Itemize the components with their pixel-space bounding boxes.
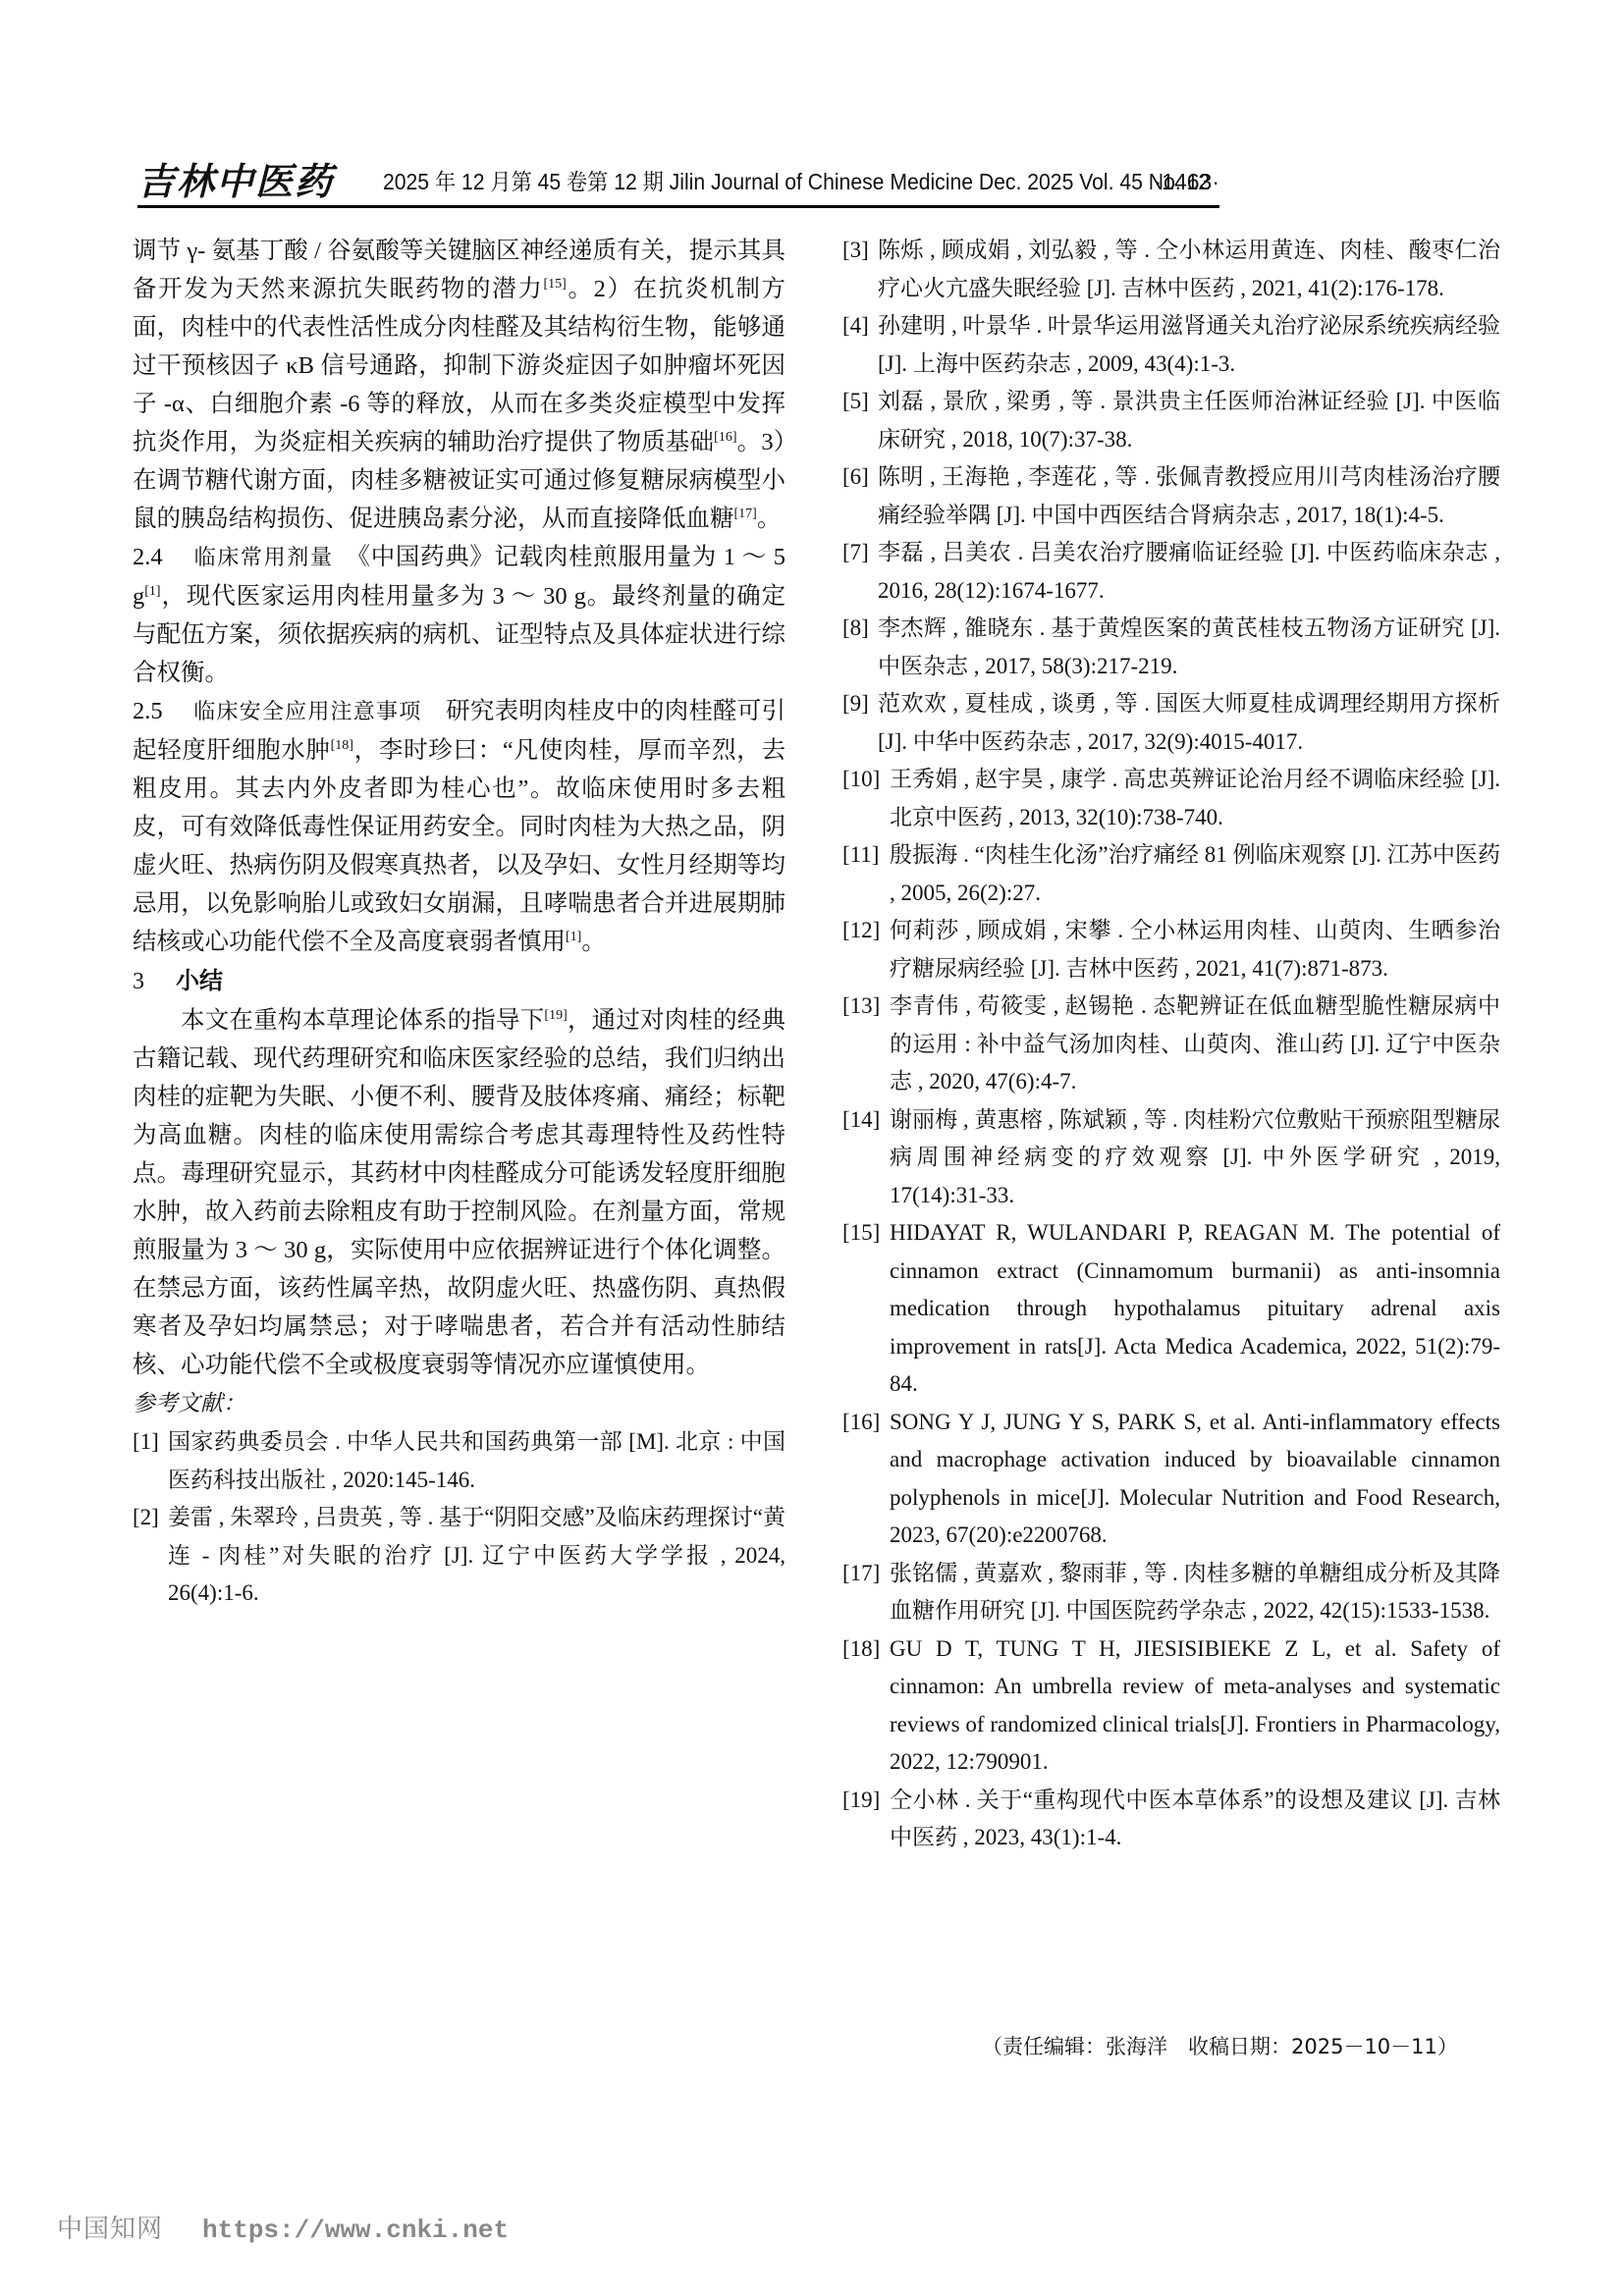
reference-item: [1]国家药典委员会 . 中华人民共和国药典第一部 [M]. 北京 : 中国医药… (133, 1423, 785, 1499)
section-title: 小结 (176, 967, 223, 994)
citation[interactable]: [16] (714, 430, 736, 445)
section-3-heading: 3小结 (133, 961, 785, 1001)
citation[interactable]: [19] (544, 1008, 567, 1023)
reference-number: [12] (842, 912, 880, 950)
reference-item: [4]孙建明 , 叶景华 . 叶景华运用滋肾通关丸治疗泌尿系统疾病经验 [J].… (842, 307, 1500, 383)
editor-note: （责任编辑：张海洋 收稿日期：2025－10－11） (982, 2032, 1458, 2061)
reference-list-right: [3]陈烁 , 顾成娟 , 刘弘毅 , 等 . 仝小林运用黄连、肉桂、酸枣仁治疗… (842, 232, 1500, 1857)
section-2-5: 2.5临床安全应用注意事项 研究表明肉桂皮中的肉桂醛可引起轻度肝细胞水肿[18]… (133, 692, 785, 961)
citation[interactable]: [18] (331, 738, 353, 753)
reference-number: [5] (842, 383, 869, 421)
reference-number: [15] (842, 1214, 880, 1253)
paragraph-pharmacology: 调节 γ- 氨基丁酸 / 谷氨酸等关键脑区神经递质有关，提示其具备开发为天然来源… (133, 232, 785, 538)
reference-item: [17]张铭儒 , 黄嘉欢 , 黎雨菲 , 等 . 肉桂多糖的单糖组成分析及其降… (842, 1555, 1500, 1630)
reference-item: [15]HIDAYAT R, WULANDARI P, REAGAN M. Th… (842, 1214, 1500, 1404)
reference-number: [13] (842, 988, 880, 1026)
reference-number: [7] (842, 534, 869, 572)
reference-list-left: [1]国家药典委员会 . 中华人民共和国药典第一部 [M]. 北京 : 中国医药… (133, 1423, 785, 1613)
reference-number: [3] (842, 232, 869, 270)
reference-item: [6]陈明 , 王海艳 , 李莲花 , 等 . 张佩青教授应用川芎肉桂汤治疗腰痛… (842, 458, 1500, 534)
reference-number: [2] (133, 1499, 159, 1537)
reference-item: [18]GU D T, TUNG T H, JIESISIBIEKE Z L, … (842, 1630, 1500, 1782)
reference-item: [12]何莉莎 , 顾成娟 , 宋攀 . 仝小林运用肉桂、山萸肉、生晒参治疗糖尿… (842, 912, 1500, 988)
section-number: 2.4 (133, 538, 193, 576)
reference-number: [19] (842, 1782, 880, 1820)
reference-item: [10]王秀娟 , 赵宇昊 , 康学 . 高忠英辨证论治月经不调临床经验 [J]… (842, 761, 1500, 836)
reference-number: [10] (842, 761, 880, 799)
cnki-watermark: 中国知网https://www.cnki.net (57, 2209, 509, 2245)
reference-number: [14] (842, 1101, 880, 1140)
reference-number: [16] (842, 1404, 880, 1442)
citation[interactable]: [1] (566, 930, 581, 944)
summary-paragraph: 本文在重构本草理论体系的指导下[19]，通过对肉桂的经典古籍记载、现代药理研究和… (133, 1001, 785, 1384)
reference-number: [6] (842, 458, 869, 497)
reference-item: [7]李磊 , 吕美农 . 吕美农治疗腰痛临证经验 [J]. 中医药临床杂志 ,… (842, 534, 1500, 610)
reference-item: [16]SONG Y J, JUNG Y S, PARK S, et al. A… (842, 1404, 1500, 1555)
header-rule (137, 205, 1219, 208)
section-number: 3 (133, 962, 176, 1001)
watermark-url[interactable]: https://www.cnki.net (202, 2216, 509, 2245)
citation[interactable]: [15] (544, 277, 567, 292)
watermark-name: 中国知网 (57, 2215, 163, 2244)
reference-item: [19]仝小林 . 关于“重构现代中医本草体系”的设想及建议 [J]. 吉林中医… (842, 1782, 1500, 1857)
citation[interactable]: [1] (144, 584, 160, 599)
reference-item: [3]陈烁 , 顾成娟 , 刘弘毅 , 等 . 仝小林运用黄连、肉桂、酸枣仁治疗… (842, 232, 1500, 307)
reference-number: [18] (842, 1630, 880, 1669)
reference-item: [5]刘磊 , 景欣 , 梁勇 , 等 . 景洪贵主任医师治淋证经验 [J]. … (842, 383, 1500, 458)
reference-number: [17] (842, 1555, 880, 1593)
running-header: 吉林中医药 2025 年 12 月第 45 卷第 12 期 Jilin Jour… (137, 157, 1219, 206)
reference-item: [13]李青伟 , 苟筱雯 , 赵锡艳 . 态靶辨证在低血糖型脆性糖尿病中的运用… (842, 988, 1500, 1101)
section-number: 2.5 (133, 692, 193, 730)
reference-number: [11] (842, 836, 879, 875)
reference-number: [9] (842, 685, 869, 723)
right-column: [3]陈烁 , 顾成娟 , 刘弘毅 , 等 . 仝小林运用黄连、肉桂、酸枣仁治疗… (842, 232, 1500, 1857)
reference-item: [9]范欢欢 , 夏桂成 , 谈勇 , 等 . 国医大师夏桂成调理经期用方探析 … (842, 685, 1500, 761)
reference-number: [4] (842, 307, 869, 346)
left-column: 调节 γ- 氨基丁酸 / 谷氨酸等关键脑区神经递质有关，提示其具备开发为天然来源… (133, 232, 785, 1613)
section-title: 临床常用剂量 (193, 546, 334, 570)
page-number: ·1463· (1155, 165, 1219, 198)
reference-item: [2]姜雷 , 朱翠玲 , 吕贵英 , 等 . 基于“阴阳交感”及临床药理探讨“… (133, 1499, 785, 1613)
reference-item: [11]殷振海 . “肉桂生化汤”治疗痛经 81 例临床观察 [J]. 江苏中医… (842, 836, 1500, 912)
citation[interactable]: [17] (734, 507, 757, 521)
reference-number: [8] (842, 610, 869, 648)
issue-line: 2025 年 12 月第 45 卷第 12 期 Jilin Journal of… (383, 165, 1210, 198)
references-heading: 参考文献： (133, 1384, 785, 1423)
reference-item: [14]谢丽梅 , 黄惠榕 , 陈斌颖 , 等 . 肉桂粉穴位敷贴干预瘀阻型糖尿… (842, 1101, 1500, 1215)
section-2-4: 2.4临床常用剂量 《中国药典》记载肉桂煎服用量为 1 ～ 5 g[1]，现代医… (133, 538, 785, 692)
journal-logo: 吉林中医药 (137, 157, 334, 206)
reference-number: [1] (133, 1423, 159, 1462)
section-title: 临床安全应用注意事项 (193, 700, 421, 724)
reference-item: [8]李杰辉 , 雒晓东 . 基于黄煌医案的黄芪桂枝五物汤方证研究 [J]. 中… (842, 610, 1500, 685)
